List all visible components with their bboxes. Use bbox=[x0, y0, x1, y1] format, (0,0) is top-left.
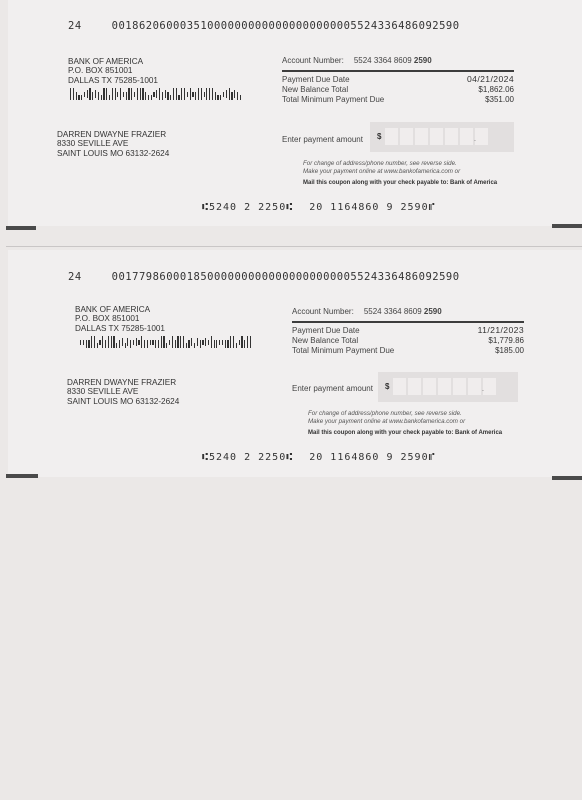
new-balance-row: New Balance Total$1,862.06 bbox=[282, 85, 514, 95]
new-balance-label: New Balance Total bbox=[292, 336, 358, 346]
online-payment-note: Make your payment online at www.bankofam… bbox=[303, 168, 497, 176]
account-number-prefix: 5524 3364 8609 bbox=[354, 56, 412, 65]
dollar-sign: $ bbox=[385, 382, 389, 391]
amount-digit-2[interactable] bbox=[400, 128, 413, 145]
payment-summary-2: Payment Due Date11/21/2023 New Balance T… bbox=[292, 326, 524, 355]
amount-digit-3[interactable] bbox=[423, 378, 436, 395]
amount-cents-1[interactable] bbox=[468, 378, 481, 395]
perforation-mark-right-2 bbox=[552, 476, 582, 480]
mail-coupon-note: Mail this coupon along with your check p… bbox=[303, 180, 497, 188]
remit-address-1: BANK OF AMERICA P.O. BOX 851001 DALLAS T… bbox=[68, 57, 158, 85]
decimal-point: . bbox=[482, 386, 484, 393]
minimum-payment-row: Total Minimum Payment Due$351.00 bbox=[282, 95, 514, 105]
amount-cents-1[interactable] bbox=[460, 128, 473, 145]
micr-routing: ⑆5240 2 2250⑆ bbox=[202, 202, 293, 213]
account-number-1: Account Number:5524 3364 8609 2590 bbox=[282, 56, 514, 65]
remit-address-2: BANK OF AMERICA P.O. BOX 851001 DALLAS T… bbox=[75, 305, 165, 333]
customer-name: DARREN DWAYNE FRAZIER bbox=[67, 378, 179, 387]
amount-cents-2[interactable] bbox=[483, 378, 496, 395]
amount-cents-2[interactable] bbox=[475, 128, 488, 145]
amount-digit-5[interactable] bbox=[445, 128, 458, 145]
account-number-last4: 2590 bbox=[424, 307, 442, 316]
micr-account: 20 1164860 9 2590⑈ bbox=[309, 202, 435, 213]
remit-line-1: BANK OF AMERICA bbox=[75, 305, 165, 314]
scanline-code: 0018620600035100000000000000000000055243… bbox=[112, 20, 460, 32]
perforation-mark-left-1 bbox=[6, 226, 36, 230]
due-date-row: Payment Due Date04/21/2024 bbox=[282, 75, 514, 85]
coupon-notes-1: For change of address/phone number, see … bbox=[303, 160, 497, 187]
amount-digit-3[interactable] bbox=[415, 128, 428, 145]
scanline-2: 2400177986000185000000000000000000000552… bbox=[68, 271, 460, 283]
scanline-1: 2400186206000351000000000000000000000552… bbox=[68, 20, 460, 32]
address-change-note: For change of address/phone number, see … bbox=[303, 160, 497, 168]
due-date-label: Payment Due Date bbox=[292, 326, 360, 336]
account-number-last4: 2590 bbox=[414, 56, 432, 65]
new-balance-row: New Balance Total$1,779.86 bbox=[292, 336, 524, 346]
coupon-notes-2: For change of address/phone number, see … bbox=[308, 410, 502, 437]
account-label: Account Number: bbox=[282, 56, 344, 65]
mail-coupon-note: Mail this coupon along with your check p… bbox=[308, 430, 502, 438]
due-date-row: Payment Due Date11/21/2023 bbox=[292, 326, 524, 336]
account-label: Account Number: bbox=[292, 307, 354, 316]
customer-city: SAINT LOUIS MO 63132-2624 bbox=[57, 149, 169, 158]
amount-digit-4[interactable] bbox=[438, 378, 451, 395]
perforation-mark-right-1 bbox=[552, 224, 582, 228]
decimal-point: . bbox=[474, 136, 476, 143]
remit-line-3: DALLAS TX 75285-1001 bbox=[75, 324, 165, 333]
scanline-prefix: 24 bbox=[68, 271, 82, 283]
divider-rule bbox=[282, 70, 514, 72]
micr-line-2: ⑆5240 2 2250⑆20 1164860 9 2590⑈ bbox=[202, 452, 436, 463]
customer-name: DARREN DWAYNE FRAZIER bbox=[57, 130, 169, 139]
micr-routing: ⑆5240 2 2250⑆ bbox=[202, 452, 293, 463]
micr-line-1: ⑆5240 2 2250⑆20 1164860 9 2590⑈ bbox=[202, 202, 436, 213]
amount-digit-4[interactable] bbox=[430, 128, 443, 145]
remit-line-3: DALLAS TX 75285-1001 bbox=[68, 76, 158, 85]
minimum-payment-label: Total Minimum Payment Due bbox=[292, 346, 394, 356]
remit-line-2: P.O. BOX 851001 bbox=[75, 314, 165, 323]
new-balance-label: New Balance Total bbox=[282, 85, 348, 95]
amount-digit-1[interactable] bbox=[393, 378, 406, 395]
remit-line-2: P.O. BOX 851001 bbox=[68, 66, 158, 75]
due-date-label: Payment Due Date bbox=[282, 75, 350, 85]
micr-account: 20 1164860 9 2590⑈ bbox=[309, 452, 435, 463]
payment-amount-field-2[interactable]: $ . bbox=[378, 372, 518, 402]
postal-barcode-icon bbox=[80, 336, 251, 348]
new-balance-value: $1,862.06 bbox=[478, 85, 514, 95]
payment-summary-1: Payment Due Date04/21/2024 New Balance T… bbox=[282, 75, 514, 104]
payment-coupon-2 bbox=[8, 250, 582, 477]
due-date-value: 11/21/2023 bbox=[478, 326, 524, 336]
payment-coupon-1 bbox=[8, 0, 582, 226]
dollar-sign: $ bbox=[377, 132, 381, 141]
enter-payment-label: Enter payment amount bbox=[292, 384, 373, 393]
minimum-payment-label: Total Minimum Payment Due bbox=[282, 95, 384, 105]
enter-payment-label: Enter payment amount bbox=[282, 135, 363, 144]
customer-address-1: DARREN DWAYNE FRAZIER 8330 SEVILLE AVE S… bbox=[57, 130, 169, 158]
divider-rule bbox=[292, 321, 524, 323]
remit-line-1: BANK OF AMERICA bbox=[68, 57, 158, 66]
amount-digit-2[interactable] bbox=[408, 378, 421, 395]
customer-street: 8330 SEVILLE AVE bbox=[67, 387, 179, 396]
scanline-prefix: 24 bbox=[68, 20, 82, 32]
amount-digit-5[interactable] bbox=[453, 378, 466, 395]
minimum-payment-value: $185.00 bbox=[495, 346, 524, 356]
customer-address-2: DARREN DWAYNE FRAZIER 8330 SEVILLE AVE S… bbox=[67, 378, 179, 406]
perforation-mark-left-2 bbox=[6, 474, 38, 478]
new-balance-value: $1,779.86 bbox=[488, 336, 524, 346]
address-change-note: For change of address/phone number, see … bbox=[308, 410, 502, 418]
minimum-payment-row: Total Minimum Payment Due$185.00 bbox=[292, 346, 524, 356]
scanline-code: 0017798600018500000000000000000000055243… bbox=[112, 271, 460, 283]
payment-amount-field-1[interactable]: $ . bbox=[370, 122, 514, 152]
customer-city: SAINT LOUIS MO 63132-2624 bbox=[67, 397, 179, 406]
amount-digit-1[interactable] bbox=[385, 128, 398, 145]
due-date-value: 04/21/2024 bbox=[467, 75, 514, 85]
account-number-prefix: 5524 3364 8609 bbox=[364, 307, 422, 316]
customer-street: 8330 SEVILLE AVE bbox=[57, 139, 169, 148]
online-payment-note: Make your payment online at www.bankofam… bbox=[308, 418, 502, 426]
postal-barcode-icon bbox=[70, 88, 241, 100]
tear-line bbox=[6, 246, 582, 247]
account-number-2: Account Number:5524 3364 8609 2590 bbox=[292, 307, 524, 316]
minimum-payment-value: $351.00 bbox=[485, 95, 514, 105]
